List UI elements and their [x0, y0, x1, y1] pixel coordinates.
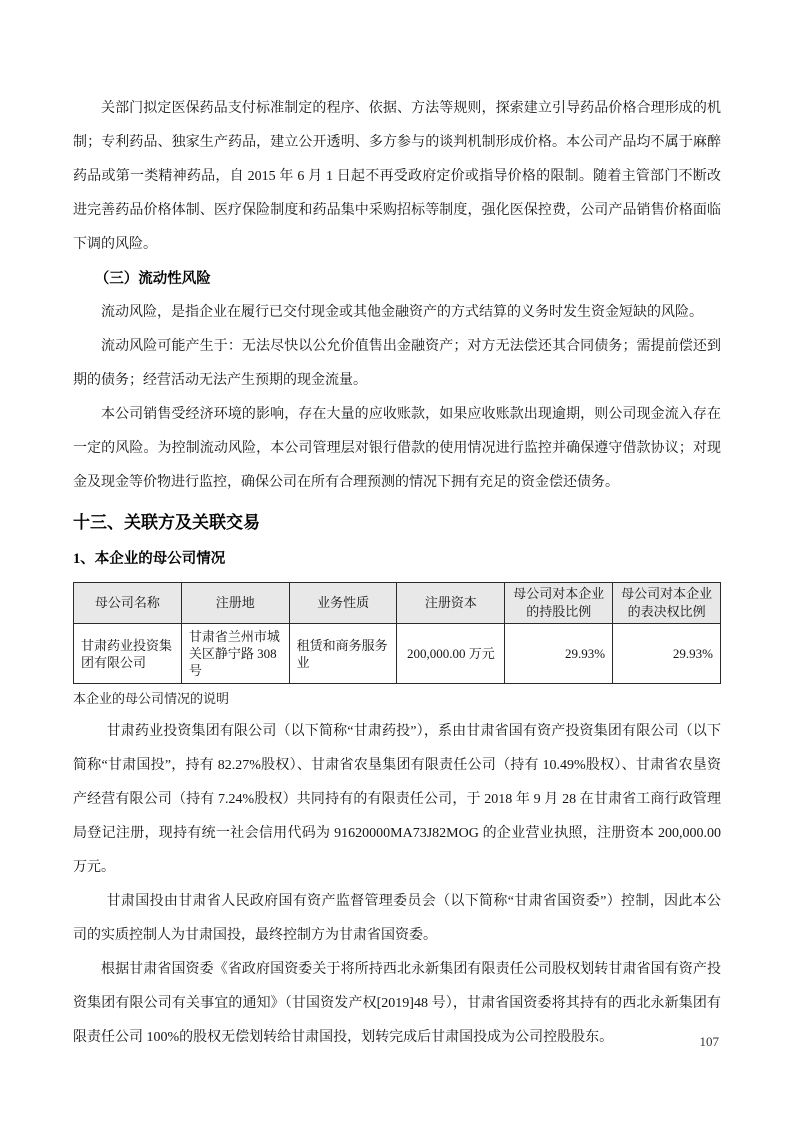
heading-related-party-transactions: 十三、关联方及关联交易 — [73, 510, 721, 536]
paragraph-equity-transfer: 根据甘肃省国资委《省政府国资委关于将所持西北永新集团有限责任公司股权划转甘肃省国… — [73, 953, 721, 1055]
cell-parent-name: 甘肃药业投资集团有限公司 — [74, 624, 182, 684]
table-note: 本企业的母公司情况的说明 — [73, 687, 721, 711]
cell-registered-address: 甘肃省兰州市城关区静宁路 308 号 — [181, 624, 289, 684]
paragraph-liquidity-control: 本公司销售受经济环境的影响，存在大量的应收账款，如果应收账款出现逾期，则公司现金… — [73, 398, 721, 500]
paragraph-actual-controller: 甘肃国投由甘肃省人民政府国有资产监督管理委员会（以下简称“甘肃省国资委”）控制，… — [73, 885, 721, 953]
heading-liquidity-risk: （三）流动性风险 — [73, 262, 721, 296]
col-header-voting-ratio: 母公司对本企业的表决权比例 — [613, 583, 721, 624]
parent-company-table: 母公司名称 注册地 业务性质 注册资本 母公司对本企业的持股比例 母公司对本企业… — [73, 582, 721, 684]
document-page: 关部门拟定医保药品支付标准制定的程序、依据、方法等规则，探索建立引导药品价格合理… — [0, 0, 793, 1122]
table-header-row: 母公司名称 注册地 业务性质 注册资本 母公司对本企业的持股比例 母公司对本企业… — [74, 583, 721, 624]
cell-business-nature: 租赁和商务服务业 — [289, 624, 397, 684]
col-header-registered-capital: 注册资本 — [397, 583, 505, 624]
col-header-registered-address: 注册地 — [181, 583, 289, 624]
table-row: 甘肃药业投资集团有限公司 甘肃省兰州市城关区静宁路 308 号 租赁和商务服务业… — [74, 624, 721, 684]
paragraph-parent-company-detail: 甘肃药业投资集团有限公司（以下简称“甘肃药投”），系由甘肃省国有资产投资集团有限… — [73, 715, 721, 885]
page-number: 107 — [700, 1034, 720, 1050]
col-header-business-nature: 业务性质 — [289, 583, 397, 624]
cell-voting-ratio: 29.93% — [613, 624, 721, 684]
cell-registered-capital: 200,000.00 万元 — [397, 624, 505, 684]
cell-shareholding-ratio: 29.93% — [505, 624, 613, 684]
col-header-shareholding-ratio: 母公司对本企业的持股比例 — [505, 583, 613, 624]
paragraph-drug-price-risk: 关部门拟定医保药品支付标准制定的程序、依据、方法等规则，探索建立引导药品价格合理… — [73, 92, 721, 262]
paragraph-liquidity-sources: 流动风险可能产生于：无法尽快以公允价值售出金融资产；对方无法偿还其合同债务；需提… — [73, 330, 721, 398]
paragraph-liquidity-definition: 流动风险，是指企业在履行已交付现金或其他金融资产的方式结算的义务时发生资金短缺的… — [73, 296, 721, 330]
heading-parent-company-info: 1、本企业的母公司情况 — [73, 548, 721, 570]
col-header-parent-name: 母公司名称 — [74, 583, 182, 624]
